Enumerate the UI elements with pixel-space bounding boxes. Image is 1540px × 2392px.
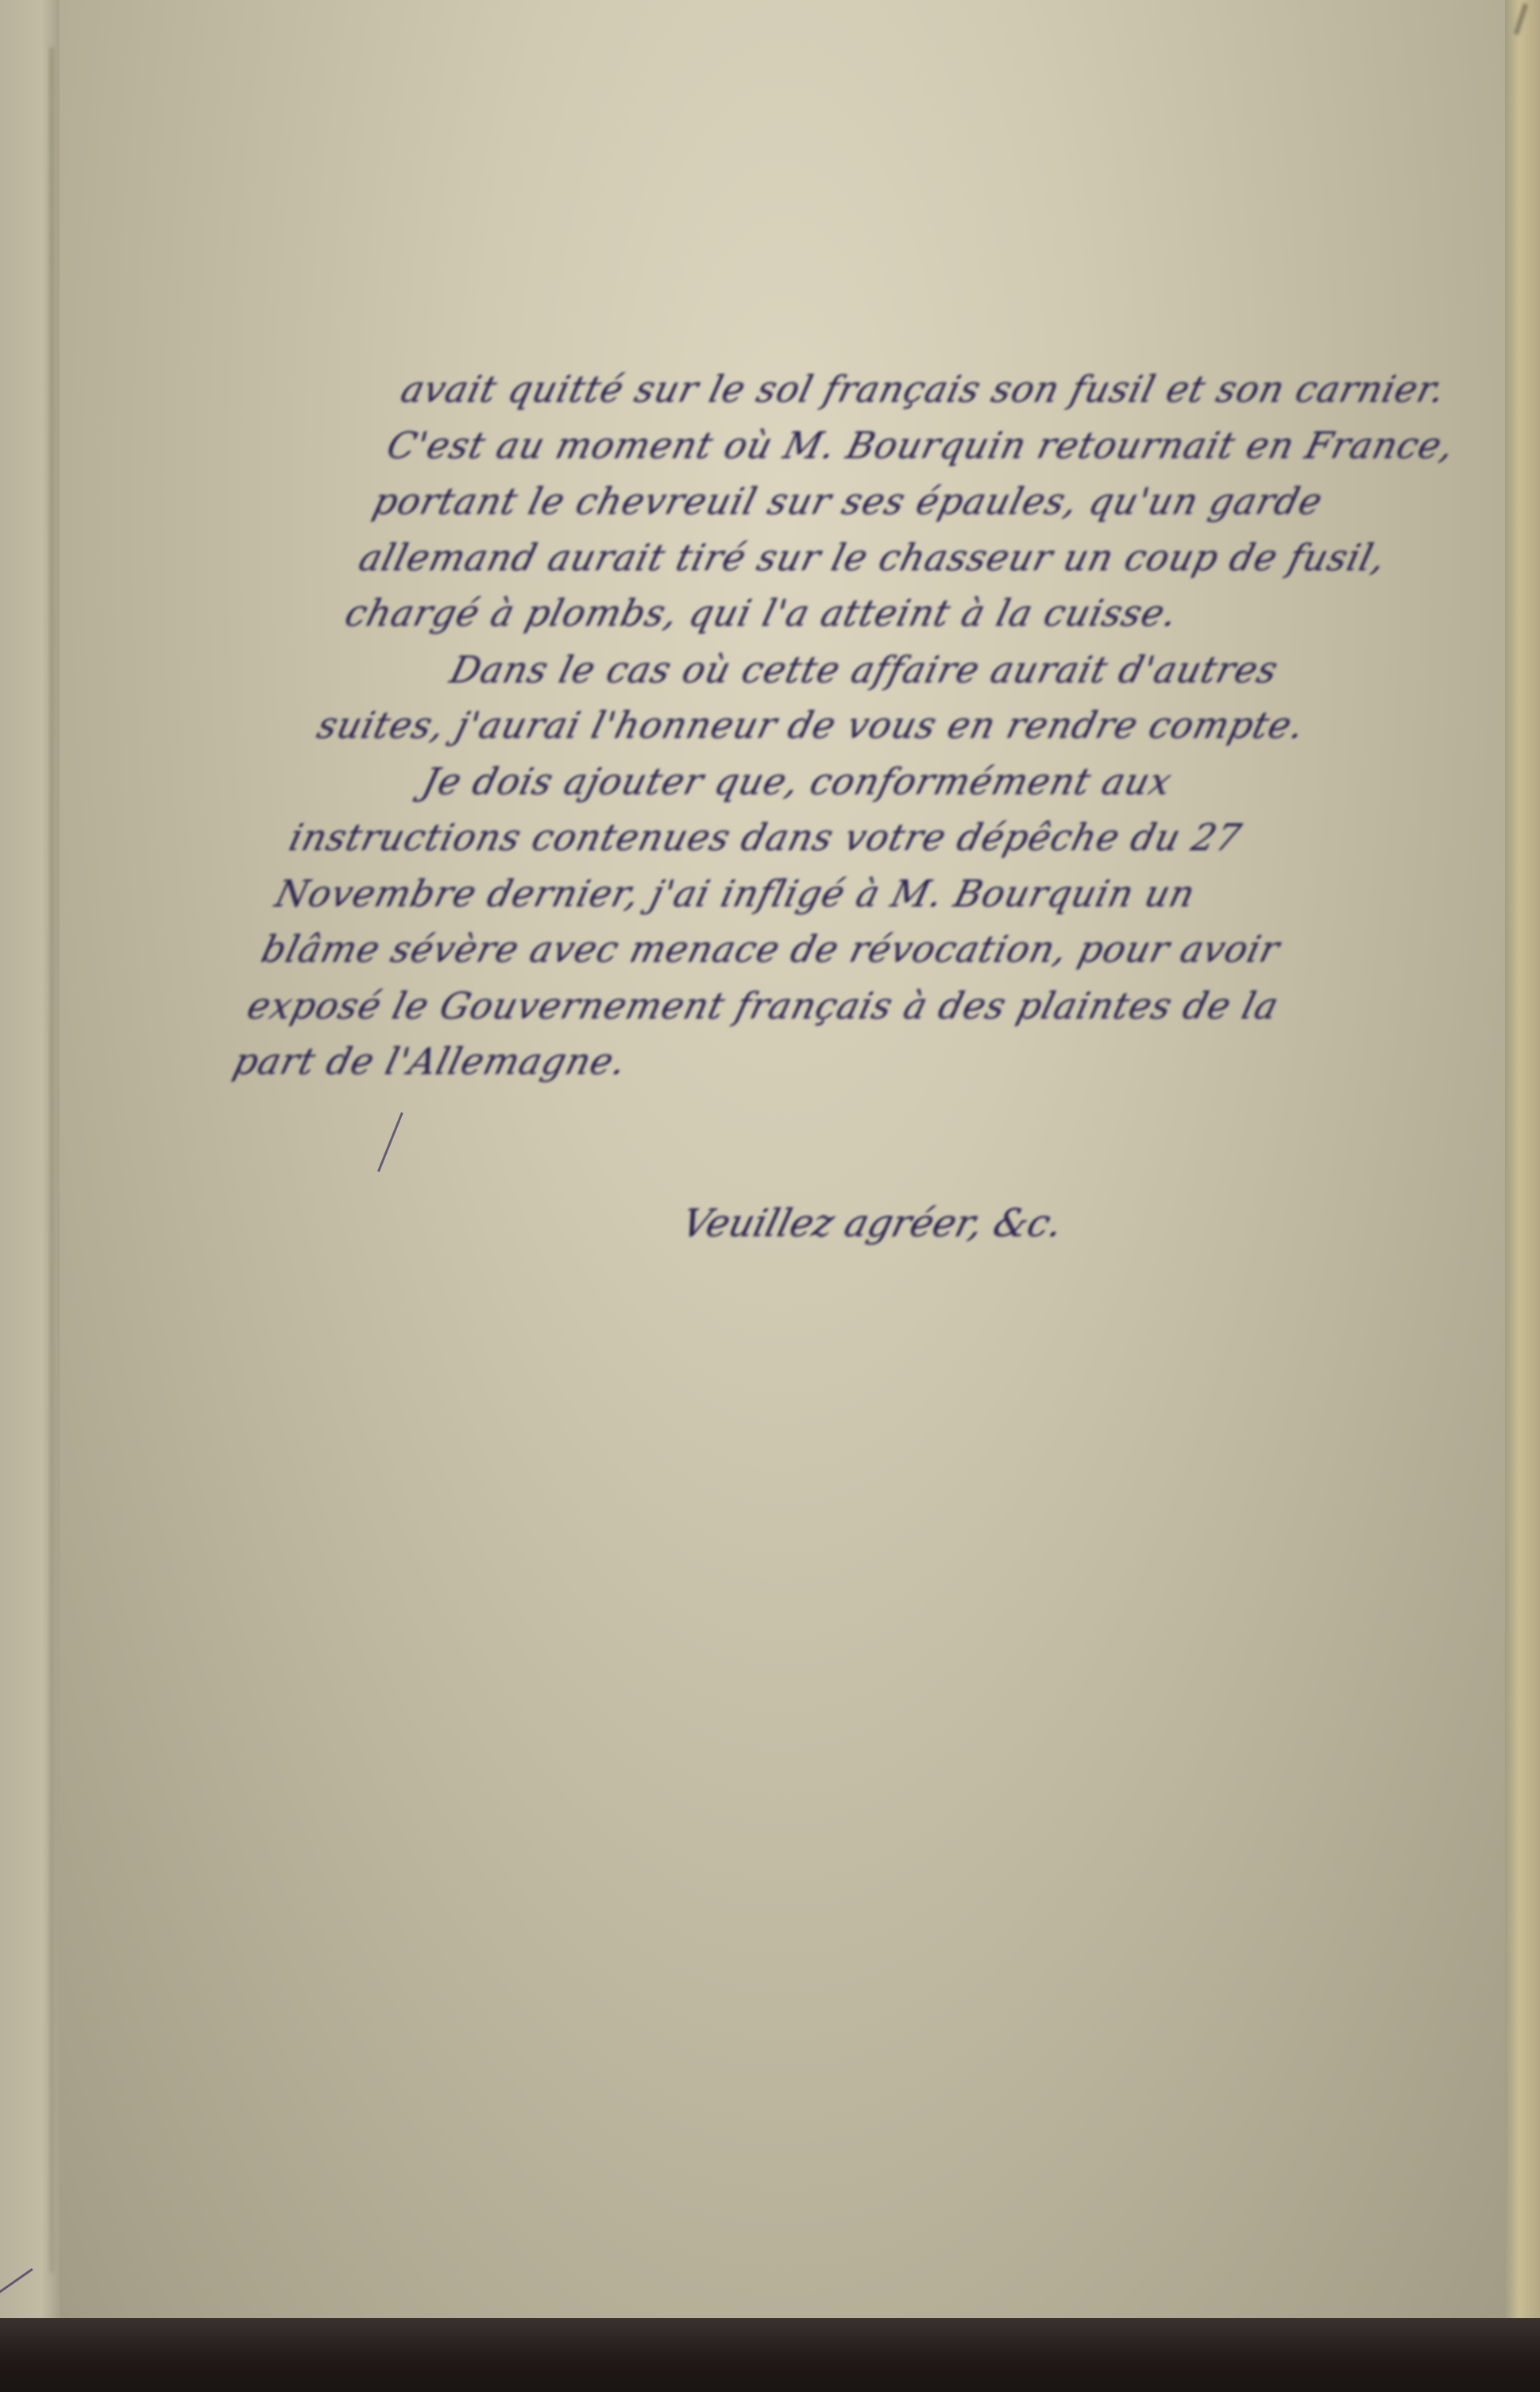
closing-formula: Veuillez agréer, &c. <box>677 1201 1067 1246</box>
letter-line: chargé à plombs, qui l'a atteint à la cu… <box>339 585 1449 642</box>
letter-line: suites, j'aurai l'honneur de vous en ren… <box>311 698 1422 754</box>
page-fold-crease <box>49 48 54 2272</box>
letter-line: instructions contenues dans votre dépêch… <box>284 810 1394 866</box>
letter-line-paragraph-start: Dans le cas où cette affaire aurait d'au… <box>326 642 1436 698</box>
right-page-edge <box>1505 0 1540 2392</box>
bottom-shadow <box>0 2318 1540 2392</box>
letter-body: avait quitté sur le sol français son fus… <box>227 361 1505 1090</box>
letter-page <box>60 0 1505 2328</box>
letter-line: exposé le Gouvernement français à des pl… <box>241 978 1352 1034</box>
letter-line: Novembre dernier, j'ai infligé à M. Bour… <box>269 866 1380 922</box>
letter-line: portant le chevreuil sur ses épaules, qu… <box>367 473 1477 530</box>
letter-line: avait quitté sur le sol français son fus… <box>395 361 1505 418</box>
letter-line-paragraph-start: Je dois ajouter que, conformément aux <box>297 754 1407 810</box>
letter-line: C'est au moment où M. Bourquin retournai… <box>381 418 1492 474</box>
letter-line: allemand aurait tiré sur le chasseur un … <box>353 530 1464 586</box>
letter-line: blâme sévère avec menace de révocation, … <box>256 922 1366 978</box>
letter-line: part de l'Allemagne. <box>227 1034 1337 1090</box>
